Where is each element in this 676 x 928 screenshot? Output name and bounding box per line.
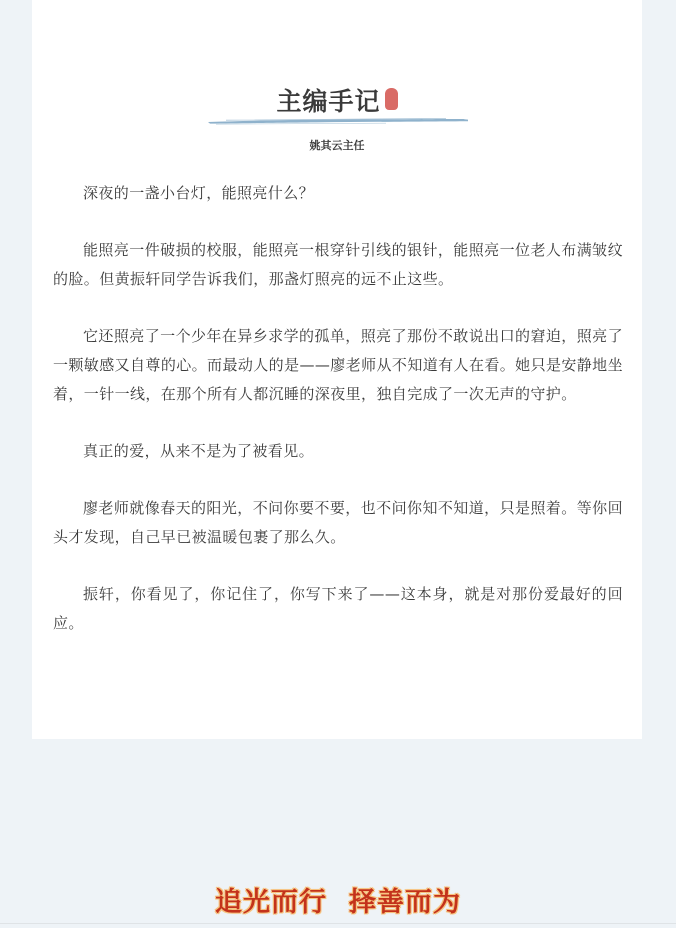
paragraph: 真正的爱，从来不是为了被看见。 [53,437,623,466]
paragraph: 振轩，你看见了，你记住了，你写下来了——这本身，就是对那份爱最好的回应。 [53,580,623,638]
paragraph: 深夜的一盏小台灯，能照亮什么？ [53,179,623,208]
author-name: 姚其云主任 [32,137,642,153]
footer-slogan: 追光而行择善而为 [0,880,676,919]
red-seal-icon [385,88,398,110]
page-title: 主编手记 [276,82,380,118]
brush-stroke-divider [206,117,470,125]
paragraph: 它还照亮了一个少年在异乡求学的孤单，照亮了那份不敢说出口的窘迫，照亮了一颗敏感又… [53,322,623,409]
article-body: 深夜的一盏小台灯，能照亮什么？ 能照亮一件破损的校服，能照亮一根穿针引线的银针，… [53,179,623,666]
slogan-right: 择善而为 [349,887,461,918]
slogan-left: 追光而行 [215,887,327,918]
article-card: 主编手记 姚其云主任 深夜的一盏小台灯，能照亮什么？ 能照亮一件破损的校服，能照… [32,0,642,739]
bottom-divider [0,923,676,924]
title-block: 主编手记 [32,82,642,118]
paragraph: 能照亮一件破损的校服，能照亮一根穿针引线的银针，能照亮一位老人布满皱纹的脸。但黄… [53,236,623,294]
paragraph: 廖老师就像春天的阳光，不问你要不要，也不问你知不知道，只是照着。等你回头才发现，… [53,494,623,552]
